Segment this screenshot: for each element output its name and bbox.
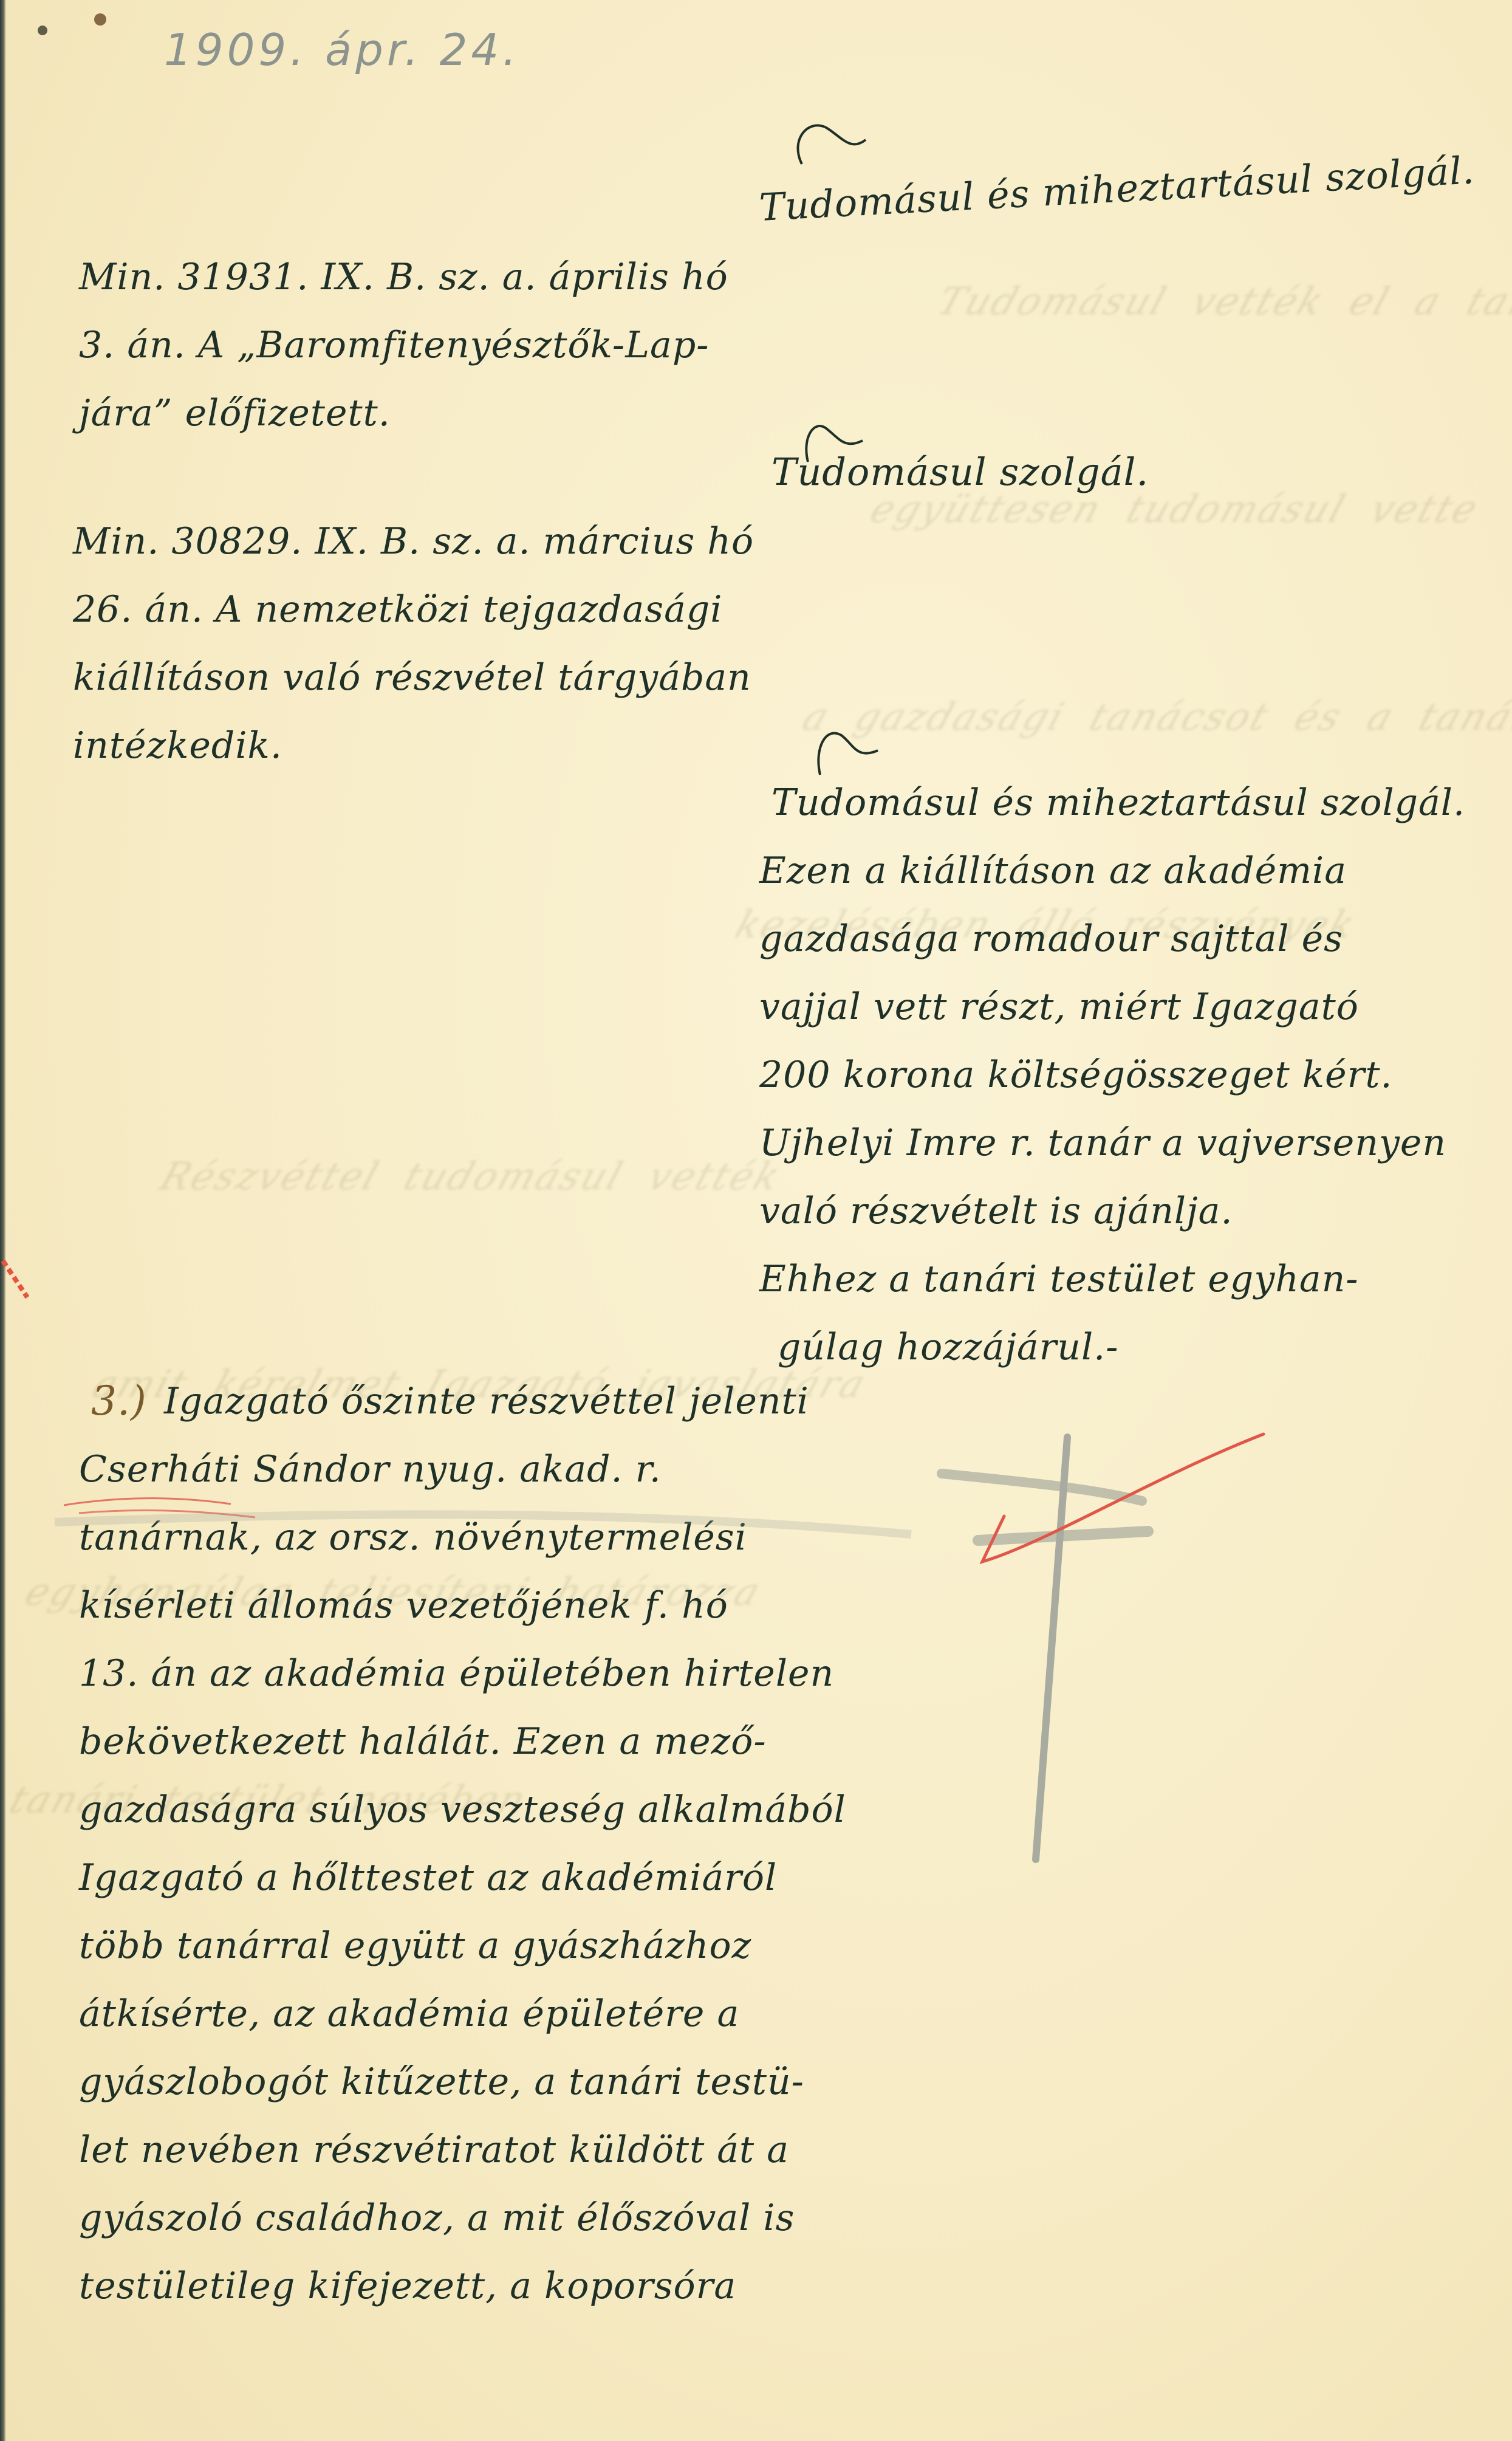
ink-spot-icon bbox=[38, 26, 47, 35]
ink-spot-icon bbox=[94, 13, 106, 26]
red-margin-mark-icon bbox=[3, 1261, 27, 1297]
manuscript-page: Tudomásul vették el a tanári testület eg… bbox=[0, 0, 1512, 2441]
annotation-marks bbox=[0, 0, 1512, 2441]
pencil-smudge-icon bbox=[55, 1514, 911, 1534]
